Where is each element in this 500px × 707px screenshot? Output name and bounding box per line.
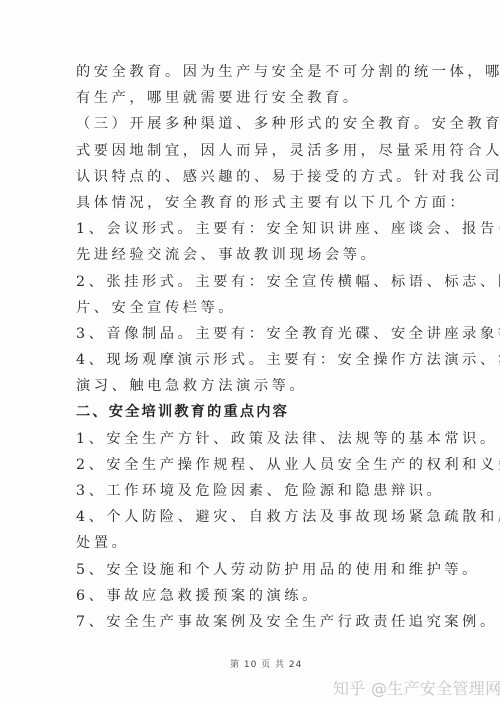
list-item: 2、安全生产操作规程、从业人员安全生产的权利和义务。 <box>76 452 426 478</box>
list-item-audio-video: 3、音像制品。主要有：安全教育光碟、安全讲座录象等。 <box>76 321 426 347</box>
document-page: 的安全教育。因为生产与安全是不可分割的统一体，哪里 有生产，哪里就需要进行安全教… <box>0 0 500 707</box>
page-number: 第 10 页 共 24 <box>230 657 302 670</box>
list-item-continuation: 演习、触电急救方法演示等。 <box>76 373 426 399</box>
paragraph-line: （三）开展多种渠道、多种形式的安全教育。安全教育形 <box>76 111 426 137</box>
list-item: 5、安全设施和个人劳动防护用品的使用和维护等。 <box>76 557 426 583</box>
list-item: 7、安全生产事故案例及安全生产行政责任追究案例。 <box>76 609 426 635</box>
list-item-posting-form: 2、张挂形式。主要有：安全宣传横幅、标语、标志、图 <box>76 269 426 295</box>
list-item-onsite-demo: 4、现场观摩演示形式。主要有：安全操作方法演示、消防 <box>76 347 426 373</box>
paragraph-line: 式要因地制宜，因人而异，灵活多用，尽量采用符合人的 <box>76 138 426 164</box>
list-item: 3、工作环境及危险因素、危险源和隐患辩识。 <box>76 478 426 504</box>
document-body: 的安全教育。因为生产与安全是不可分割的统一体，哪里 有生产，哪里就需要进行安全教… <box>76 59 426 635</box>
list-item-meeting-form: 1、会议形式。主要有：安全知识讲座、座谈会、报告会、 <box>76 216 426 242</box>
list-item: 6、事故应急救援预案的演练。 <box>76 583 426 609</box>
list-item-continuation: 处置。 <box>76 530 426 556</box>
paragraph-line: 的安全教育。因为生产与安全是不可分割的统一体，哪里 <box>76 59 426 85</box>
list-item: 4、个人防险、避灾、自救方法及事故现场紧急疏散和应急 <box>76 504 426 530</box>
list-item: 1、安全生产方针、政策及法律、法规等的基本常识。 <box>76 426 426 452</box>
paragraph-line: 具体情况，安全教育的形式主要有以下几个方面： <box>76 190 426 216</box>
watermark: 知乎 @生产安全管理网 <box>333 676 500 699</box>
list-item-continuation: 片、安全宣传栏等。 <box>76 295 426 321</box>
paragraph-line: 认识特点的、感兴趣的、易于接受的方式。针对我公司的 <box>76 164 426 190</box>
section-heading: 二、安全培训教育的重点内容 <box>76 399 426 425</box>
paragraph-line: 有生产，哪里就需要进行安全教育。 <box>76 85 426 111</box>
list-item-continuation: 先进经验交流会、事故教训现场会等。 <box>76 242 426 268</box>
